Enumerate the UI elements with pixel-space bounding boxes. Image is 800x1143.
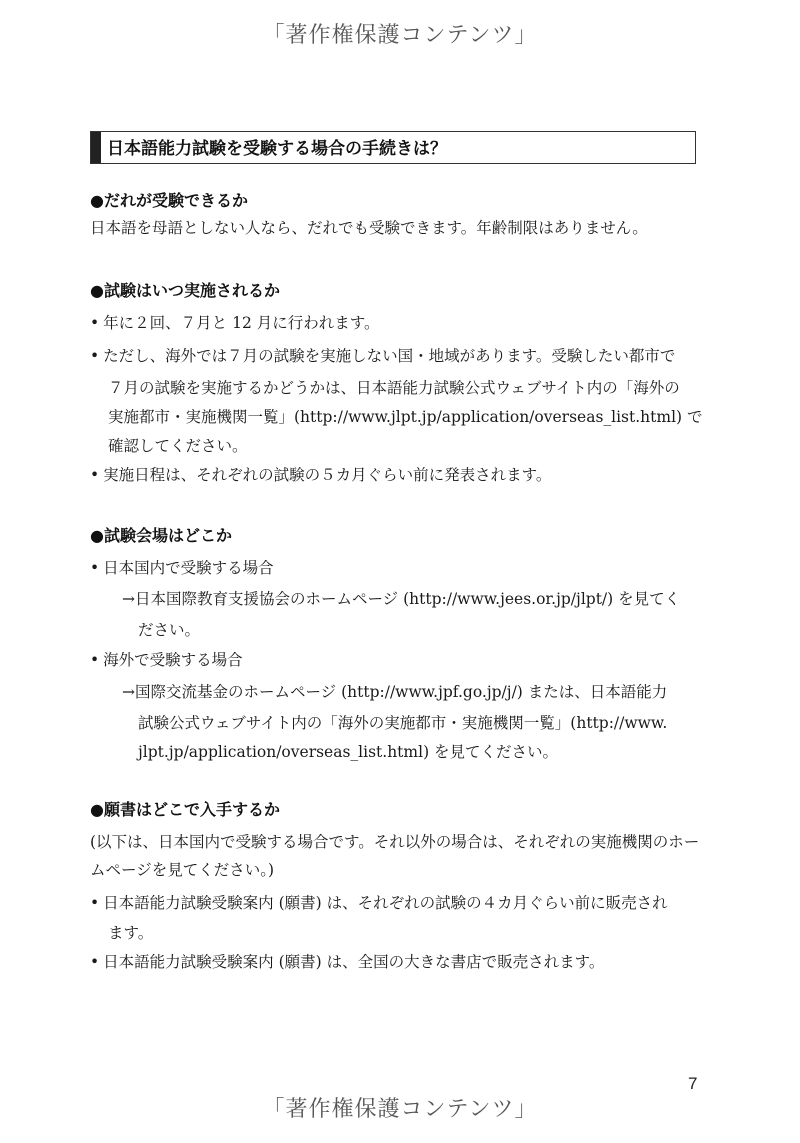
section-heading-application: ●願書はどこで入手するか <box>90 797 280 820</box>
page-number: 7 <box>688 1074 697 1094</box>
section-heading-where: ●試験会場はどこか <box>90 523 232 546</box>
bullet-text: 日本語能力試験受験案内 (願書) は、全国の大きな書店で販売されます。 <box>103 953 604 971</box>
bullet-item: ただし、海外では７月の試験を実施しない国・地域があります。受験したい都市で <box>90 344 675 366</box>
note-line: (以下は、日本国内で受験する場合です。それ以外の場合は、それぞれの実施機関のホー <box>90 830 699 852</box>
watermark-top: 「著作権保護コンテンツ」 <box>0 18 800 49</box>
title-accent-bar <box>91 132 101 163</box>
bullet-text: 日本語能力試験受験案内 (願書) は、それぞれの試験の４カ月ぐらい前に販売され <box>103 894 667 912</box>
bullet-text: 海外で受験する場合 <box>103 651 243 669</box>
continuation-line: 試験公式ウェブサイト内の「海外の実施都市・実施機関一覧」(http://www. <box>138 711 667 733</box>
continuation-line: ださい。 <box>138 618 200 640</box>
bullet-text: 日本国内で受験する場合 <box>103 559 274 577</box>
link-line-jees: →日本国際教育支援協会のホームページ (http://www.jees.or.j… <box>122 587 680 609</box>
page-title-box: 日本語能力試験を受験する場合の手続きは？ <box>90 131 696 164</box>
bullet-item: 実施日程は、それぞれの試験の５カ月ぐらい前に発表されます。 <box>90 463 551 485</box>
section-heading-who: ●だれが受験できるか <box>90 188 248 211</box>
bullet-item: 海外で受験する場合 <box>90 648 243 670</box>
paragraph-line: 日本語を母語としない人なら、だれでも受験できます。年齢制限はありません。 <box>90 216 648 238</box>
note-line: ムページを見てください。) <box>90 858 274 880</box>
bullet-item: 年に２回、７月と 12 月に行われます。 <box>90 311 380 333</box>
continuation-line: ７月の試験を実施するかどうかは、日本語能力試験公式ウェブサイト内の「海外の <box>108 376 680 398</box>
continuation-line: 実施都市・実施機関一覧」(http://www.jlpt.jp/applicat… <box>108 405 703 427</box>
continuation-line: ます。 <box>108 921 153 943</box>
watermark-bottom: 「著作権保護コンテンツ」 <box>0 1092 800 1123</box>
link-line-jpf: →国際交流基金のホームページ (http://www.jpf.go.jp/j/)… <box>122 680 667 702</box>
continuation-line: 確認してください。 <box>108 434 248 456</box>
bullet-item: 日本語能力試験受験案内 (願書) は、それぞれの試験の４カ月ぐらい前に販売され <box>90 891 668 913</box>
page-title: 日本語能力試験を受験する場合の手続きは？ <box>101 134 447 163</box>
bullet-text: ただし、海外では７月の試験を実施しない国・地域があります。受験したい都市で <box>103 347 675 365</box>
continuation-line: jlpt.jp/application/overseas_list.html) … <box>138 740 558 762</box>
bullet-item: 日本語能力試験受験案内 (願書) は、全国の大きな書店で販売されます。 <box>90 950 604 972</box>
bullet-item: 日本国内で受験する場合 <box>90 556 274 578</box>
section-heading-when: ●試験はいつ実施されるか <box>90 278 280 301</box>
bullet-text: 実施日程は、それぞれの試験の５カ月ぐらい前に発表されます。 <box>103 466 551 484</box>
bullet-text: 年に２回、７月と 12 月に行われます。 <box>103 314 379 332</box>
